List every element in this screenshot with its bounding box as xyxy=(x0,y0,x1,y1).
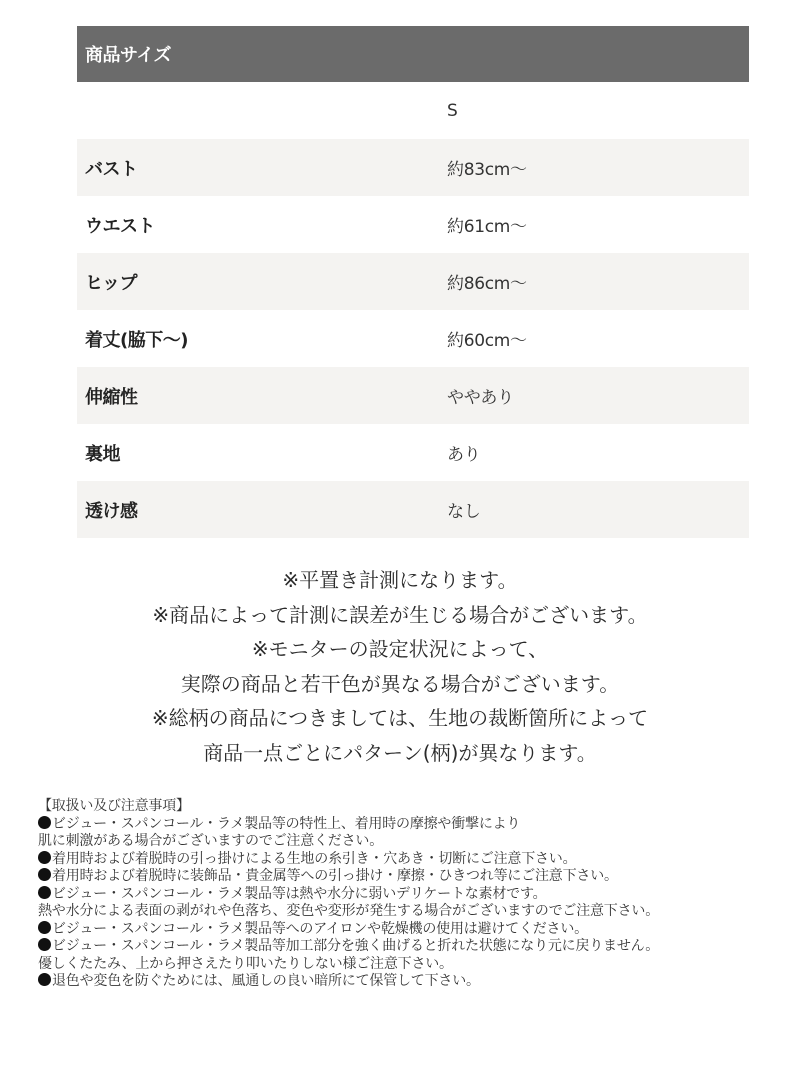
size-table-header: 商品サイズ xyxy=(77,26,749,82)
table-row-hip: ヒップ 約86cm～ xyxy=(77,253,749,310)
row-label: ヒップ xyxy=(77,269,447,295)
row-value: 約86cm～ xyxy=(447,269,527,294)
bullet-icon xyxy=(38,921,51,934)
note-line: 商品一点ごとにパターン(柄)が異なります。 xyxy=(0,736,800,771)
table-row-bust: バスト 約83cm～ xyxy=(77,139,749,196)
table-row-waist: ウエスト 約61cm～ xyxy=(77,196,749,253)
measurement-notes: ※平置き計測になります。 ※商品によって計測に誤差が生じる場合がございます。 ※… xyxy=(0,563,800,770)
row-value: あり xyxy=(447,440,480,465)
bullet-icon xyxy=(38,868,51,881)
row-label: 着丈(脇下～) xyxy=(77,326,447,352)
table-row-sheerness: 透け感 なし xyxy=(77,481,749,538)
note-line: ※平置き計測になります。 xyxy=(0,563,800,598)
row-value: 約61cm～ xyxy=(447,212,527,237)
table-row-stretch: 伸縮性 ややあり xyxy=(77,367,749,424)
note-line: ※総柄の商品につきましては、生地の裁断箇所によって xyxy=(0,701,800,736)
table-row-length: 着丈(脇下～) 約60cm～ xyxy=(77,310,749,367)
row-label: バスト xyxy=(77,155,447,181)
table-row-lining: 裏地 あり xyxy=(77,424,749,481)
table-row-size: S xyxy=(77,82,749,139)
row-value: 約60cm～ xyxy=(447,326,527,351)
note-line: 実際の商品と若干色が異なる場合がございます。 xyxy=(0,667,800,702)
row-value: S xyxy=(447,101,458,121)
care-line: ビジュー・スパンコール・ラメ製品等の特性上、着用時の摩擦や衝撃により xyxy=(38,816,788,834)
care-line: 着用時および着脱時の引っ掛けによる生地の糸引き・穴あき・切断にご注意下さい。 xyxy=(38,851,788,869)
size-table: 商品サイズ S バスト 約83cm～ ウエスト 約61cm～ ヒップ 約86cm… xyxy=(77,26,749,538)
care-line: 熱や水分による表面の剥がれや色落ち、変色や変形が発生する場合がございますのでご注… xyxy=(38,903,788,921)
bullet-icon xyxy=(38,973,51,986)
care-line: 退色や変色を防ぐためには、風通しの良い暗所にて保管して下さい。 xyxy=(38,973,788,991)
care-instructions: 【取扱い及び注意事項】 ビジュー・スパンコール・ラメ製品等の特性上、着用時の摩擦… xyxy=(38,798,788,991)
bullet-icon xyxy=(38,886,51,899)
note-line: ※商品によって計測に誤差が生じる場合がございます。 xyxy=(0,598,800,633)
row-value: 約83cm～ xyxy=(447,155,527,180)
care-line: 優しくたたみ、上から押さえたり叩いたりしない様ご注意下さい。 xyxy=(38,956,788,974)
care-line: ビジュー・スパンコール・ラメ製品等加工部分を強く曲げると折れた状態になり元に戻り… xyxy=(38,938,788,956)
care-heading: 【取扱い及び注意事項】 xyxy=(38,798,788,816)
bullet-icon xyxy=(38,938,51,951)
row-label: ウエスト xyxy=(77,212,447,238)
bullet-icon xyxy=(38,816,51,829)
row-label: 透け感 xyxy=(77,497,447,523)
care-line: ビジュー・スパンコール・ラメ製品等は熱や水分に弱いデリケートな素材です。 xyxy=(38,886,788,904)
row-value: ややあり xyxy=(447,383,514,408)
bullet-icon xyxy=(38,851,51,864)
size-table-title: 商品サイズ xyxy=(85,41,171,67)
note-line: ※モニターの設定状況によって、 xyxy=(0,632,800,667)
care-line: 着用時および着脱時に装飾品・貴金属等への引っ掛け・摩擦・ひきつれ等にご注意下さい… xyxy=(38,868,788,886)
row-label: 裏地 xyxy=(77,440,447,466)
row-label: 伸縮性 xyxy=(77,383,447,409)
care-line: ビジュー・スパンコール・ラメ製品等へのアイロンや乾燥機の使用は避けてください。 xyxy=(38,921,788,939)
care-line: 肌に刺激がある場合がございますのでご注意ください。 xyxy=(38,833,788,851)
row-value: なし xyxy=(447,497,480,522)
